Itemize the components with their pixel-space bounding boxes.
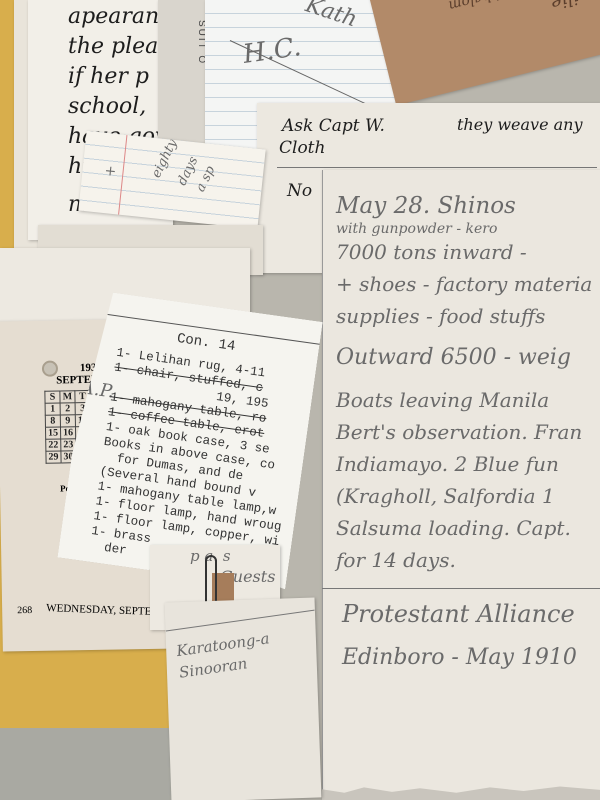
manifest-line: 7000 tons inward - [336, 236, 592, 268]
pencil-manifest: May 28. Shinos with gunpowder - kero 700… [322, 170, 600, 800]
manifest-footer-line: Protestant Alliance [342, 600, 575, 628]
manifest-line: + shoes - factory materia [336, 268, 592, 300]
note-line: Ask Capt W. [282, 116, 385, 136]
karatoong-slip: Karatoong-a Sinooran [165, 597, 322, 800]
calendar-day: 1 [45, 403, 60, 415]
note-line: they weave any [457, 115, 583, 134]
torn-edge [322, 782, 600, 800]
letter-line: the plea [68, 32, 167, 62]
envelope-line: Lookhalom [447, 0, 527, 14]
manifest-line: Salsuma loading. Capt. [336, 512, 592, 544]
envelope-line: Emilie [549, 0, 600, 14]
weekday-header: S [45, 391, 60, 403]
manifest-line: May 28. Shinos [336, 190, 592, 222]
weekday-header: M [60, 391, 75, 403]
calendar-day: 15 [45, 427, 60, 439]
manifest-line: with gunpowder - kero [336, 222, 592, 236]
kraft-envelope: Emilie Lookhalom [360, 0, 600, 106]
calendar-day: 22 [46, 439, 61, 451]
manifest-line: Outward 6500 - weig [336, 342, 592, 374]
manifest-line: Bert's observation. Fran [336, 416, 592, 448]
ruled-note-line: Kath [302, 0, 360, 33]
rule-line [322, 588, 600, 589]
karatoong-line: Karatoong-a [175, 629, 270, 660]
yellow-folder-bottom [0, 640, 180, 730]
calendar-day: 29 [46, 451, 61, 463]
manifest-line: for 14 days. [336, 544, 592, 576]
note-line: No [287, 181, 312, 201]
inventory-title: Con. 14 [176, 332, 236, 355]
pencil-stroke [230, 40, 384, 113]
calendar-day: 2 [60, 403, 75, 415]
calendar-day: 8 [45, 415, 60, 427]
calendar-day: 16 [60, 427, 75, 439]
manifest-footer-line: Edinboro - May 1910 [342, 645, 577, 670]
rule-line [166, 610, 315, 632]
rule-line [277, 167, 597, 168]
manifest-line: (Kragholl, Salfordia 1 [336, 480, 592, 512]
note-line: Cloth [279, 138, 325, 158]
calendar-day: 9 [60, 415, 75, 427]
letter-line: school, [68, 92, 167, 122]
red-margin-line [118, 135, 127, 215]
slip-line: + [104, 163, 117, 180]
manifest-line: Indiamayo. 2 Blue fun [336, 448, 592, 480]
letter-line: if her p [68, 62, 167, 92]
page-number: 268 [17, 605, 32, 616]
manifest-line: supplies - food stuffs [336, 300, 592, 332]
manifest-line: Boats leaving Manila [336, 384, 592, 416]
left-border-line [322, 170, 323, 800]
letter-line: apearan [68, 2, 167, 32]
slip-line: eighty [149, 137, 181, 181]
